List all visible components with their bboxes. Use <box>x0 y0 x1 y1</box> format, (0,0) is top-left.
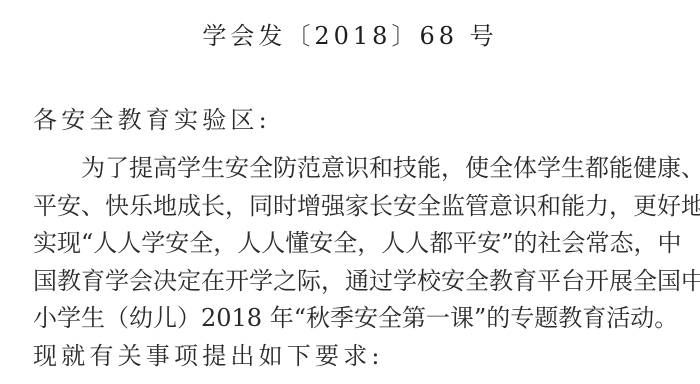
paragraph-line: 国教育学会决定在开学之际，通过学校安全教育平台开展全国中 <box>33 263 678 301</box>
body-paragraph: 为了提高学生安全防范意识和技能，使全体学生都能健康、 平安、快乐地成长，同时增强… <box>33 150 678 375</box>
paragraph-line: 现就有关事项提出如下要求: <box>33 338 678 376</box>
document-number: 学会发〔2018〕68 号 <box>0 20 700 52</box>
paragraph-line: 为了提高学生安全防范意识和技能，使全体学生都能健康、 <box>33 150 678 188</box>
paragraph-line: 平安、快乐地成长，同时增强家长安全监管意识和能力，更好地 <box>33 188 678 226</box>
paragraph-line: 实现“人人学安全，人人懂安全，人人都平安”的社会常态，中 <box>33 225 678 263</box>
paragraph-line: 小学生（幼儿）2018 年“秋季安全第一课”的专题教育活动。 <box>33 300 678 338</box>
salutation: 各安全教育实验区: <box>33 103 271 137</box>
